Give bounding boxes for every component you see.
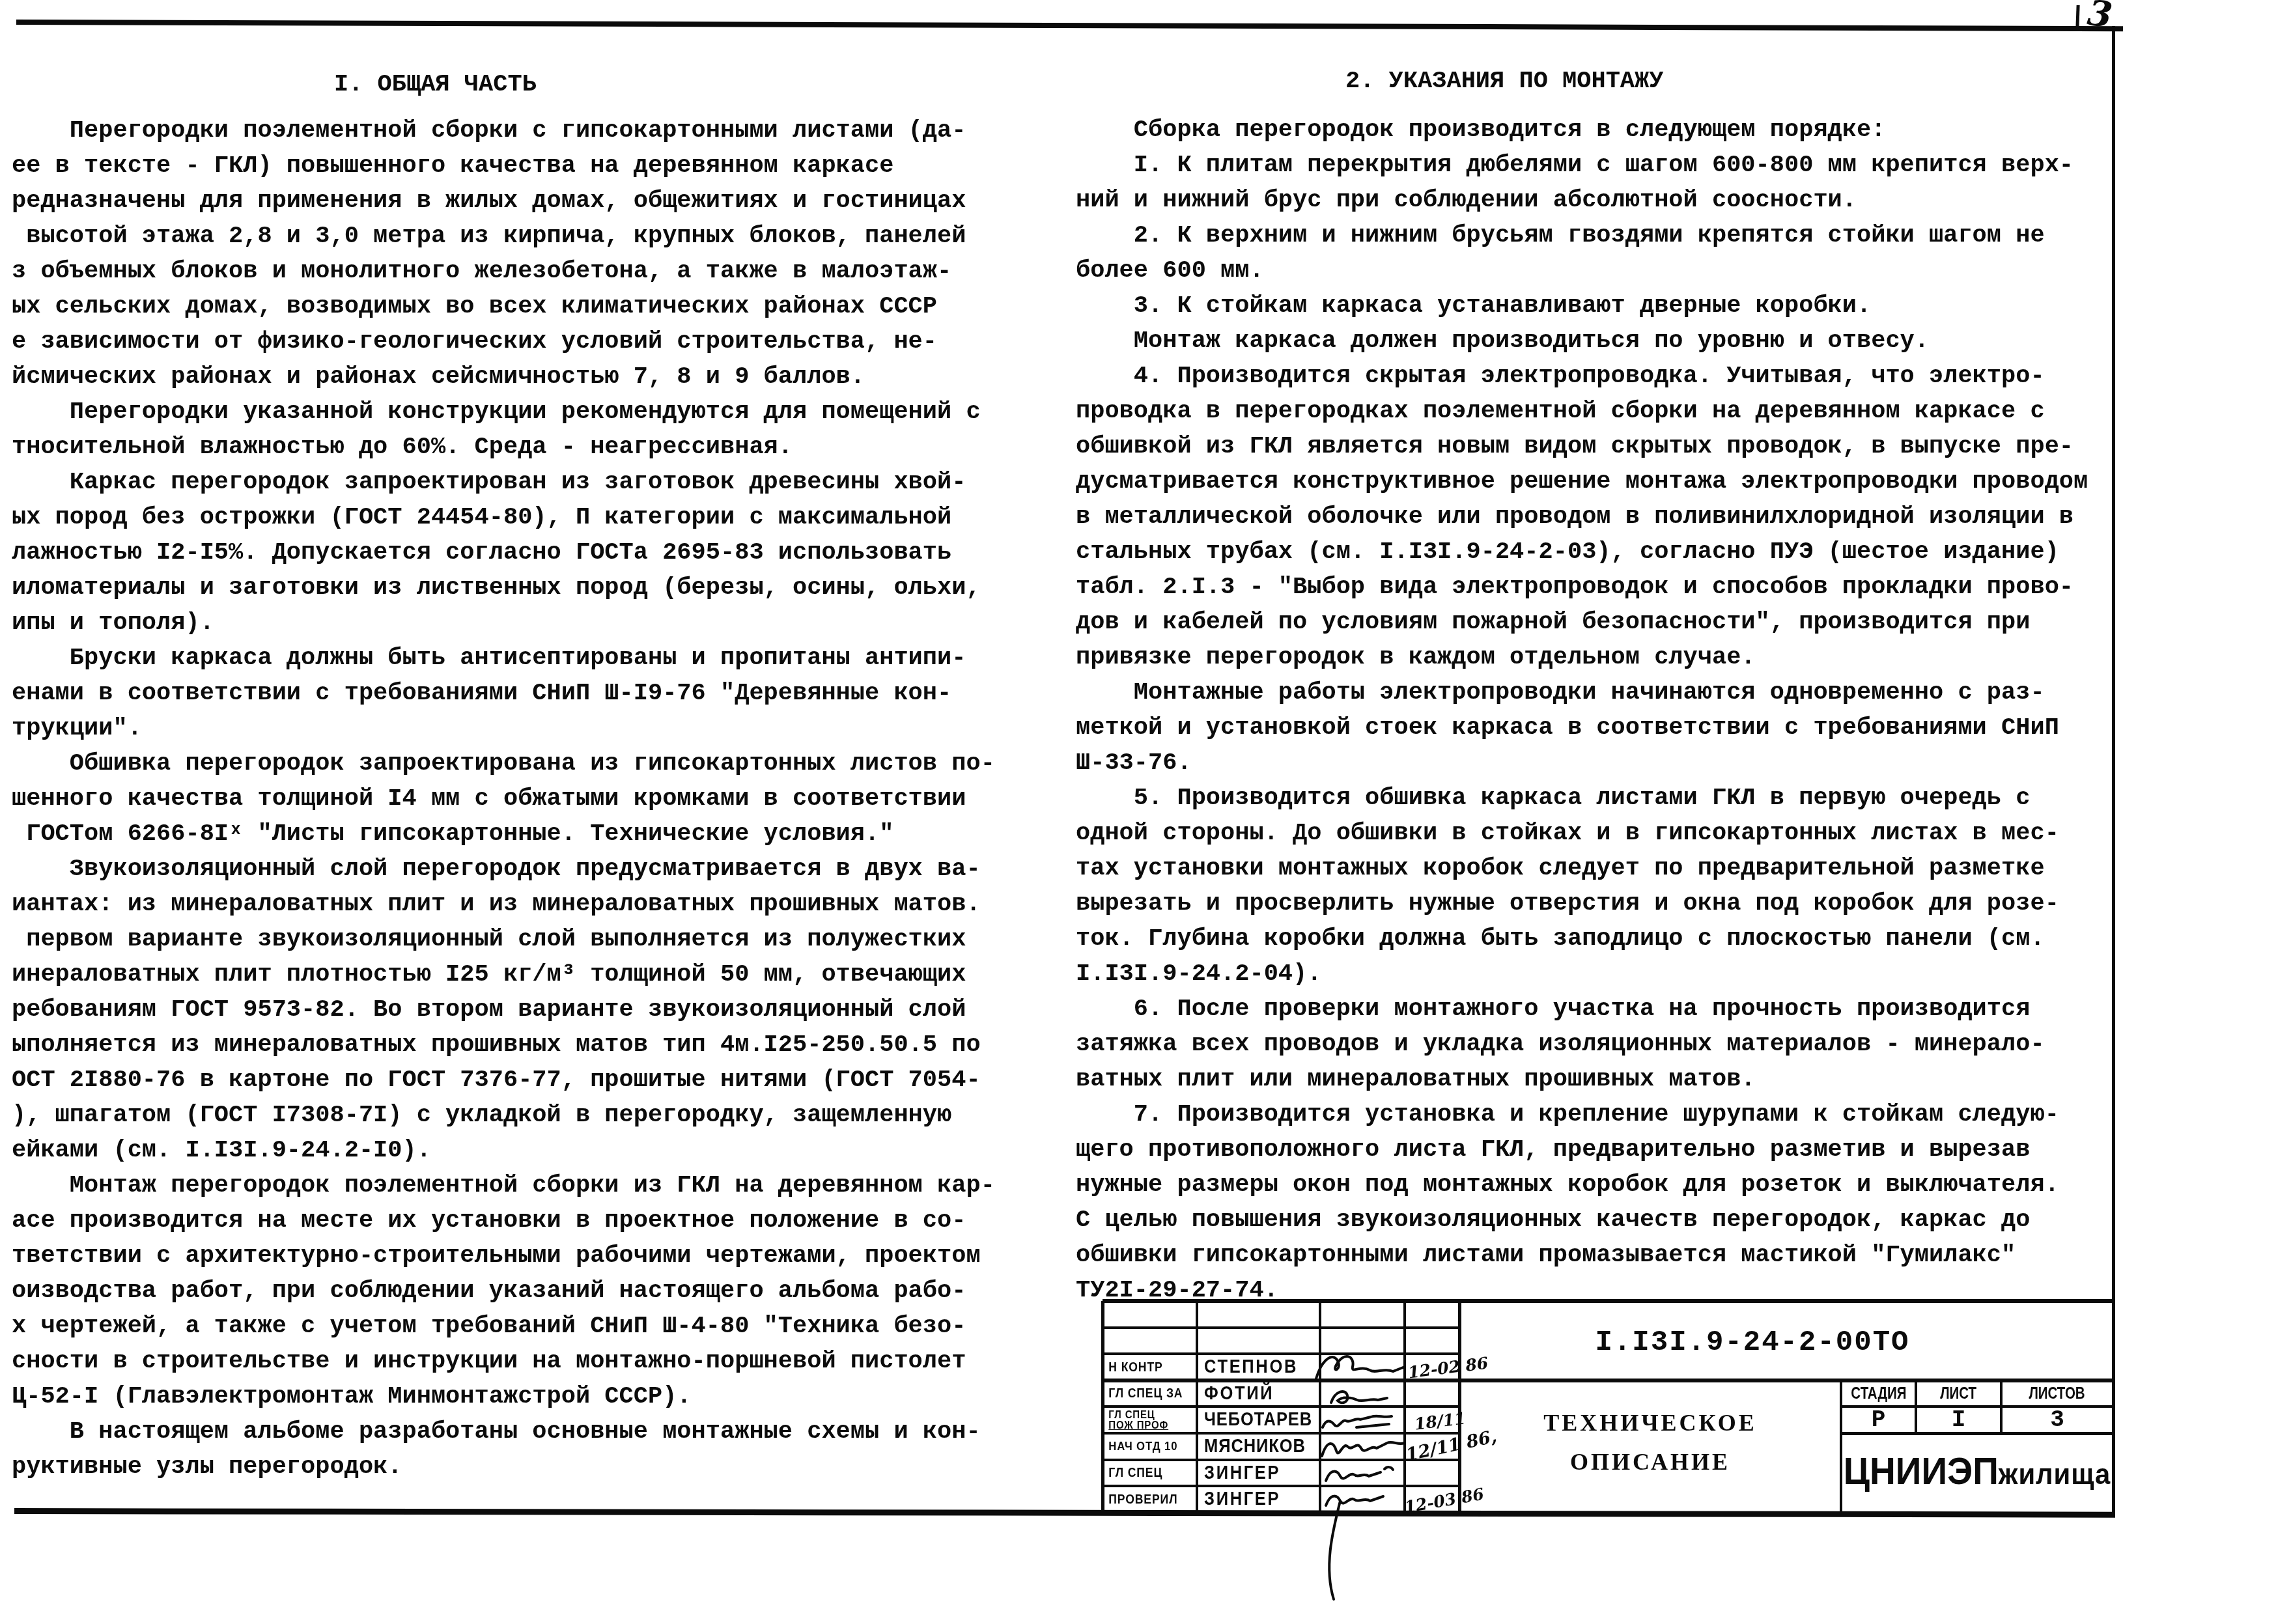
document-title-line1: ТЕХНИЧЕСКОЕ xyxy=(1459,1405,1841,1441)
text-line: тносительной влажностью до 60%. Среда - … xyxy=(12,430,995,465)
text-line: ОСТ 2I880-76 в картоне по ГОСТ 7376-77, … xyxy=(12,1063,995,1098)
text-line: 5. Производится обшивка каркаса листами … xyxy=(1076,781,2088,816)
page-number-handwritten: 3 xyxy=(2058,0,2136,39)
stage-value-cell: Р xyxy=(1841,1407,1916,1433)
text-line: сности в строительстве и инструкции на м… xyxy=(12,1344,995,1379)
page-number-digit: 3 xyxy=(2086,0,2115,33)
sheets-value-cell: 3 xyxy=(2001,1407,2113,1433)
text-line: вырезать и просверлить нужные отверстия … xyxy=(1076,886,2088,921)
text-line: иантах: из минераловатных плит и из мине… xyxy=(12,887,995,922)
text-line: ыполняется из минераловатных прошивных м… xyxy=(12,1028,995,1063)
text-line: В настоящем альбоме разработаны основные… xyxy=(12,1414,995,1449)
text-line: высотой этажа 2,8 и 3,0 метра из кирпича… xyxy=(12,219,995,254)
text-line: проводка в перегородках поэлементной сбо… xyxy=(1076,394,2088,429)
organization-main: ЦНИИЭП xyxy=(1844,1450,1999,1492)
signature-icon xyxy=(1319,1410,1407,1436)
text-line: меткой и установкой стоек каркаса в соот… xyxy=(1076,710,2088,746)
text-line: в металлической оболочке или проводом в … xyxy=(1076,499,2088,535)
handwritten-tick-mark xyxy=(2075,5,2079,29)
text-line: тах установки монтажных коробок следует … xyxy=(1076,851,2088,886)
surname-stepnov: СТЕПНОВ xyxy=(1200,1358,1298,1377)
name-cell: ФОТИЙ xyxy=(1200,1380,1317,1407)
page-top-border xyxy=(16,20,2123,31)
text-line: нужные размеры окон под монтажных коробо… xyxy=(1076,1168,2088,1203)
text-line: Перегородки поэлементной сборки с гипсок… xyxy=(12,113,995,148)
text-line: Обшивка перегородок запроектирована из г… xyxy=(12,746,995,781)
text-line: Монтаж каркаса должен производиться по у… xyxy=(1076,324,2088,359)
scanned-document-page: 3 I. ОБЩАЯ ЧАСТЬ Перегородки поэлементно… xyxy=(0,0,2291,1624)
text-line: оизводства работ, при соблюдении указани… xyxy=(12,1274,995,1309)
role-label: ГЛ СПЕЦПОЖ ПРОФ xyxy=(1105,1410,1168,1431)
name-cell: ЗИНГЕР xyxy=(1200,1486,1317,1513)
text-line: шенного качества толщиной I4 мм с обжаты… xyxy=(12,781,995,817)
section-title-general-part: I. ОБЩАЯ ЧАСТЬ xyxy=(334,67,537,102)
text-line: ых сельских домах, возводимых во всех кл… xyxy=(12,289,995,324)
document-number: I.I3I.9-24-2-00ТО xyxy=(1459,1326,2045,1360)
organization-sub: жилища xyxy=(1999,1459,2111,1491)
sheet-header-label: ЛИСТ xyxy=(1941,1386,1977,1402)
text-line: тветствии с архитектурно-строительными р… xyxy=(12,1239,995,1274)
text-line: затяжка всех проводов и укладка изоляцио… xyxy=(1076,1027,2088,1062)
signature-icon xyxy=(1312,1349,1410,1388)
text-line: х чертежей, а также с учетом требований … xyxy=(12,1309,995,1344)
text-line: 2. К верхним и нижним брусьям гвоздями к… xyxy=(1076,218,2088,253)
text-line: асе производится на месте их установки в… xyxy=(12,1203,995,1239)
text-line: одной стороны. До обшивки в стойках и в … xyxy=(1076,816,2088,851)
text-line: первом варианте звукоизоляционный слой в… xyxy=(12,922,995,957)
text-line: Каркас перегородок запроектирован из заг… xyxy=(12,465,995,500)
role-cell-n-kontr: Н КОНТР xyxy=(1105,1354,1194,1380)
role-cell-gl-spec-za: ГЛ СПЕЦ ЗА xyxy=(1105,1380,1194,1407)
text-line: енами в соответствии с требованиями СНиП… xyxy=(12,676,995,711)
text-line: Ш-33-76. xyxy=(1076,746,2088,781)
sheet-value-cell: I xyxy=(1916,1407,2001,1433)
text-line: з объемных блоков и монолитного железобе… xyxy=(12,254,995,289)
surname-chebotarev: ЧЕБОТАРЕВ xyxy=(1200,1410,1312,1429)
surname-zinger: ЗИНГЕР xyxy=(1200,1490,1280,1509)
text-line: ), шпагатом (ГОСТ I7308-7I) с укладкой в… xyxy=(12,1098,995,1133)
sheets-header-label: ЛИСТОВ xyxy=(2029,1386,2085,1402)
text-line: щего противоположного листа ГКЛ, предвар… xyxy=(1076,1132,2088,1168)
text-line: Монтаж перегородок поэлементной сборки и… xyxy=(12,1168,995,1203)
page-right-border xyxy=(2112,26,2115,1513)
organization-cell: ЦНИИЭПжилища xyxy=(1841,1436,2113,1511)
text-line: стальных трубах (см. I.I3I.9-24-2-03), с… xyxy=(1076,535,2088,570)
text-line: редназначены для применения в жилых дома… xyxy=(12,184,995,219)
text-line: дов и кабелей по условиям пожарной безоп… xyxy=(1076,605,2088,640)
text-line: 3. К стойкам каркаса устанавливают дверн… xyxy=(1076,288,2088,324)
sheet-header-cell: ЛИСТ xyxy=(1916,1380,2001,1407)
sheets-header-cell: ЛИСТОВ xyxy=(2001,1380,2113,1407)
text-line: табл. 2.I.3 - "Выбор вида электропроводо… xyxy=(1076,570,2088,605)
role-label: НАЧ ОТД 10 xyxy=(1105,1440,1177,1453)
text-line: Ц-52-I (Главэлектромонтаж Минмонтажстрой… xyxy=(12,1379,995,1414)
name-cell: СТЕПНОВ xyxy=(1200,1354,1317,1380)
text-line: ее в тексте - ГКЛ) повышенного качества … xyxy=(12,148,995,184)
text-line: 4. Производится скрытая электропроводка.… xyxy=(1076,359,2088,394)
name-cell: ЧЕБОТАРЕВ xyxy=(1200,1407,1317,1433)
text-line: ватных плит или минераловатных прошивных… xyxy=(1076,1062,2088,1097)
right-column-text: Сборка перегородок производится в следую… xyxy=(1076,113,2088,1308)
text-line: руктивные узлы перегородок. xyxy=(12,1449,995,1485)
text-line: более 600 мм. xyxy=(1076,253,2088,288)
signature-icon xyxy=(1319,1435,1410,1463)
organization-name: ЦНИИЭПжилища xyxy=(1844,1453,2111,1494)
role-label: ПРОВЕРИЛ xyxy=(1105,1493,1177,1506)
text-line: I. К плитам перекрытия дюбелями с шагом … xyxy=(1076,148,2088,183)
text-line: трукции". xyxy=(12,711,995,746)
role-label: ГЛ СПЕЦ xyxy=(1105,1466,1162,1479)
role-cell-gl-spec-pozh-prof: ГЛ СПЕЦПОЖ ПРОФ xyxy=(1105,1407,1194,1433)
signature-icon xyxy=(1321,1461,1402,1489)
role-label: Н КОНТР xyxy=(1105,1361,1163,1374)
text-line: Бруски каркаса должны быть антисептирова… xyxy=(12,641,995,676)
text-line: ний и нижний брус при соблюдении абсолют… xyxy=(1076,183,2088,218)
text-line: привязке перегородок в каждом отдельном … xyxy=(1076,640,2088,675)
surname-zinger: ЗИНГЕР xyxy=(1200,1464,1280,1483)
text-line: обшивкой из ГКЛ является новым видом скр… xyxy=(1076,429,2088,464)
name-cell: ЗИНГЕР xyxy=(1200,1460,1317,1486)
text-line: Звукоизоляционный слой перегородок преду… xyxy=(12,852,995,887)
text-line: ых пород без острожки (ГОСТ 24454-80), П… xyxy=(12,500,995,535)
surname-fotiy: ФОТИЙ xyxy=(1200,1384,1274,1403)
stage-header-label: СТАДИЯ xyxy=(1851,1386,1906,1402)
text-line: Сборка перегородок производится в следую… xyxy=(1076,113,2088,148)
signature-icon xyxy=(1323,1383,1401,1409)
role-cell-nach-otd-10: НАЧ ОТД 10 xyxy=(1105,1433,1194,1460)
text-line: Монтажные работы электропроводки начинаю… xyxy=(1076,675,2088,710)
surname-myasnikov: МЯСНИКОВ xyxy=(1200,1437,1306,1456)
role-cell-proveril: ПРОВЕРИЛ xyxy=(1105,1486,1194,1513)
section-title-mounting-instructions: 2. УКАЗАНИЯ ПО МОНТАЖУ xyxy=(1345,64,1663,99)
text-line: дусматривается конструктивное решение мо… xyxy=(1076,464,2088,499)
signature-icon xyxy=(1317,1487,1405,1611)
text-line: I.I3I.9-24.2-04). xyxy=(1076,957,2088,992)
text-line: ток. Глубина коробки должна быть заподли… xyxy=(1076,921,2088,957)
text-line: 7. Производится установка и крепление шу… xyxy=(1076,1097,2088,1132)
text-line: 6. После проверки монтажного участка на … xyxy=(1076,992,2088,1027)
text-line: инераловатных плит плотностью I25 кг/м³ … xyxy=(12,957,995,992)
left-column-text: Перегородки поэлементной сборки с гипсок… xyxy=(12,113,995,1485)
text-line: ребованиям ГОСТ 9573-82. Во втором вариа… xyxy=(12,992,995,1028)
text-line: ипы и тополя). xyxy=(12,606,995,641)
text-line: Перегородки указанной конструкции рекоме… xyxy=(12,395,995,430)
name-cell: МЯСНИКОВ xyxy=(1200,1433,1317,1460)
stage-header-cell: СТАДИЯ xyxy=(1841,1380,1916,1407)
text-line: С целью повышения звукоизоляционных каче… xyxy=(1076,1203,2088,1238)
role-label: ГЛ СПЕЦ ЗА xyxy=(1105,1387,1183,1400)
text-line: иломатериалы и заготовки из лиственных п… xyxy=(12,570,995,606)
text-line: лажностью I2-I5%. Допускается согласно Г… xyxy=(12,535,995,570)
role-cell-gl-spec: ГЛ СПЕЦ xyxy=(1105,1460,1194,1486)
text-line: е зависимости от физико-геологических ус… xyxy=(12,324,995,359)
sheet-value: I xyxy=(1952,1408,1966,1432)
text-line: ГОСТом 6266-8Iˣ "Листы гипсокартонные. Т… xyxy=(12,817,995,852)
text-line: йсмических районах и районах сейсмичност… xyxy=(12,359,995,395)
stage-value: Р xyxy=(1872,1408,1886,1432)
text-line: ейками (см. I.I3I.9-24.2-I0). xyxy=(12,1133,995,1168)
text-line: обшивки гипсокартонными листами промазыв… xyxy=(1076,1238,2088,1273)
sheets-value: 3 xyxy=(2050,1408,2064,1432)
document-title-line2: ОПИСАНИЕ xyxy=(1459,1444,1841,1480)
